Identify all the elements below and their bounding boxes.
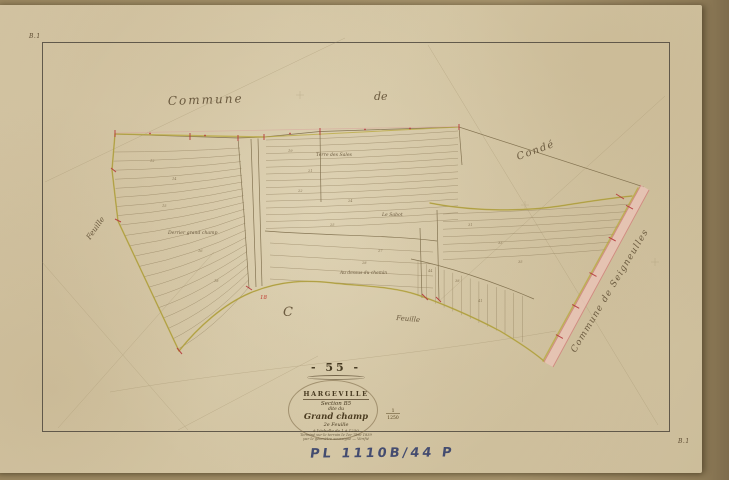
svg-text:15: 15 bbox=[162, 204, 167, 208]
label-lieu-dit-3: Le Sabot bbox=[381, 212, 403, 218]
svg-text:14: 14 bbox=[172, 177, 177, 181]
scanned-cadastral-sheet: B.1 B.1 bbox=[0, 0, 729, 480]
label-conde: Condé bbox=[515, 139, 556, 163]
archival-reference: PL 1110B/44 P bbox=[309, 445, 455, 461]
label-feuille-left: Feuille bbox=[84, 214, 107, 241]
label-section-letter: C bbox=[283, 305, 293, 320]
svg-text:25: 25 bbox=[329, 223, 335, 227]
svg-text:27: 27 bbox=[377, 249, 383, 253]
fraction-numerator: 1 bbox=[392, 408, 395, 414]
label-lieu-dit-4: Au dessus du chemin bbox=[339, 271, 387, 276]
cartouche-note-2: par le géomètre soussigné — Vérifié bbox=[281, 437, 391, 441]
limit-lines-yellow bbox=[112, 127, 638, 362]
svg-text:12: 12 bbox=[150, 159, 155, 163]
label-de: de bbox=[374, 90, 388, 103]
svg-text:18: 18 bbox=[214, 279, 219, 283]
svg-text:33: 33 bbox=[498, 241, 503, 245]
label-red-number: 18 bbox=[260, 295, 267, 301]
svg-text:31: 31 bbox=[468, 223, 473, 227]
svg-text:21: 21 bbox=[307, 169, 313, 173]
parcel-numbers: 121415161819212224252728313335384144 bbox=[150, 149, 523, 303]
svg-text:24: 24 bbox=[347, 199, 353, 203]
label-commune: Commune bbox=[168, 91, 244, 108]
svg-text:38: 38 bbox=[455, 279, 460, 283]
svg-text:19: 19 bbox=[288, 149, 293, 153]
svg-text:16: 16 bbox=[198, 249, 203, 253]
svg-text:35: 35 bbox=[518, 260, 523, 264]
label-lieu-dit-1: Derrier grand champ bbox=[167, 230, 217, 236]
svg-text:22: 22 bbox=[297, 189, 303, 193]
cartouche: - 55 - HARGEVILLE Section B5 dite du Gra… bbox=[281, 361, 391, 442]
parcel-strips bbox=[113, 131, 631, 349]
svg-text:28: 28 bbox=[361, 261, 367, 265]
sheet-number: - 55 - bbox=[281, 361, 391, 374]
label-lieu-dit-2: Terre des Sales bbox=[316, 152, 353, 158]
svg-text:44: 44 bbox=[427, 269, 433, 273]
label-feuille-bottom: Feuille bbox=[395, 314, 421, 324]
svg-text:41: 41 bbox=[477, 299, 483, 303]
